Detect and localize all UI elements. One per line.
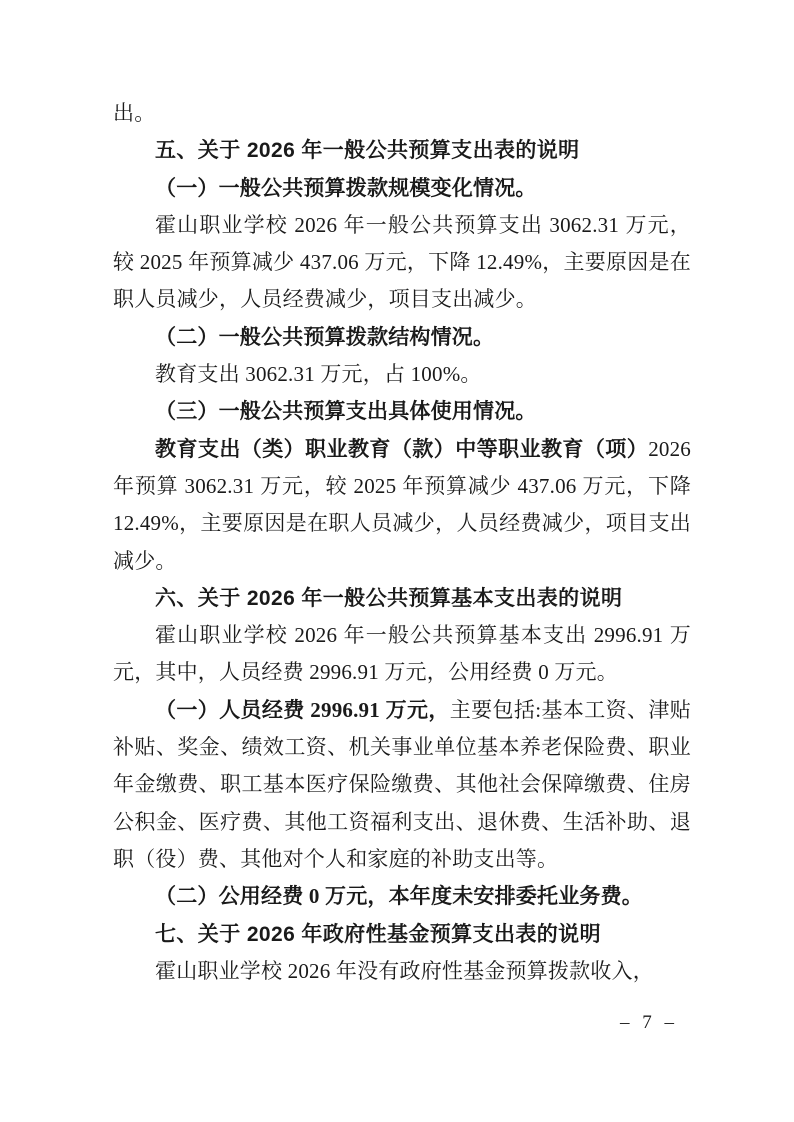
paragraph-10: 霍山职业学校 2026 年一般公共预算基本支出 2996.91 万元，其中，人员… [113, 617, 691, 692]
paragraph-6: 教育支出 3062.31 万元，占 100%。 [113, 356, 691, 393]
paragraph-9: 六、关于 2026 年一般公共预算基本支出表的说明 [113, 580, 691, 617]
paragraph-13: 七、关于 2026 年政府性基金预算支出表的说明 [113, 916, 691, 953]
paragraph-11-bold-prefix: （一）人员经费 2996.91 万元， [155, 698, 450, 722]
document-page: 出。五、关于 2026 年一般公共预算支出表的说明（一）一般公共预算拨款规模变化… [0, 0, 794, 1122]
paragraph-4: 霍山职业学校 2026 年一般公共预算支出 3062.31 万元，较 2025 … [113, 207, 691, 319]
paragraph-7: （三）一般公共预算支出具体使用情况。 [113, 393, 691, 430]
paragraph-11: （一）人员经费 2996.91 万元，主要包括:基本工资、津贴补贴、奖金、绩效工… [113, 692, 691, 878]
paragraph-2: 五、关于 2026 年一般公共预算支出表的说明 [113, 132, 691, 169]
paragraph-5: （二）一般公共预算拨款结构情况。 [113, 319, 691, 356]
paragraph-3: （一）一般公共预算拨款规模变化情况。 [113, 170, 691, 207]
paragraph-12: （二）公用经费 0 万元，本年度未安排委托业务费。 [113, 878, 691, 915]
paragraph-8: 教育支出（类）职业教育（款）中等职业教育（项）2026 年预算 3062.31 … [113, 431, 691, 580]
page-number: – 7 – [0, 1012, 794, 1034]
document-body: 出。五、关于 2026 年一般公共预算支出表的说明（一）一般公共预算拨款规模变化… [113, 95, 691, 990]
paragraph-14: 霍山职业学校 2026 年没有政府性基金预算拨款收入， [113, 953, 691, 990]
paragraph-1: 出。 [113, 95, 691, 132]
paragraph-8-bold-prefix: 教育支出（类）职业教育（款）中等职业教育（项） [155, 437, 648, 461]
